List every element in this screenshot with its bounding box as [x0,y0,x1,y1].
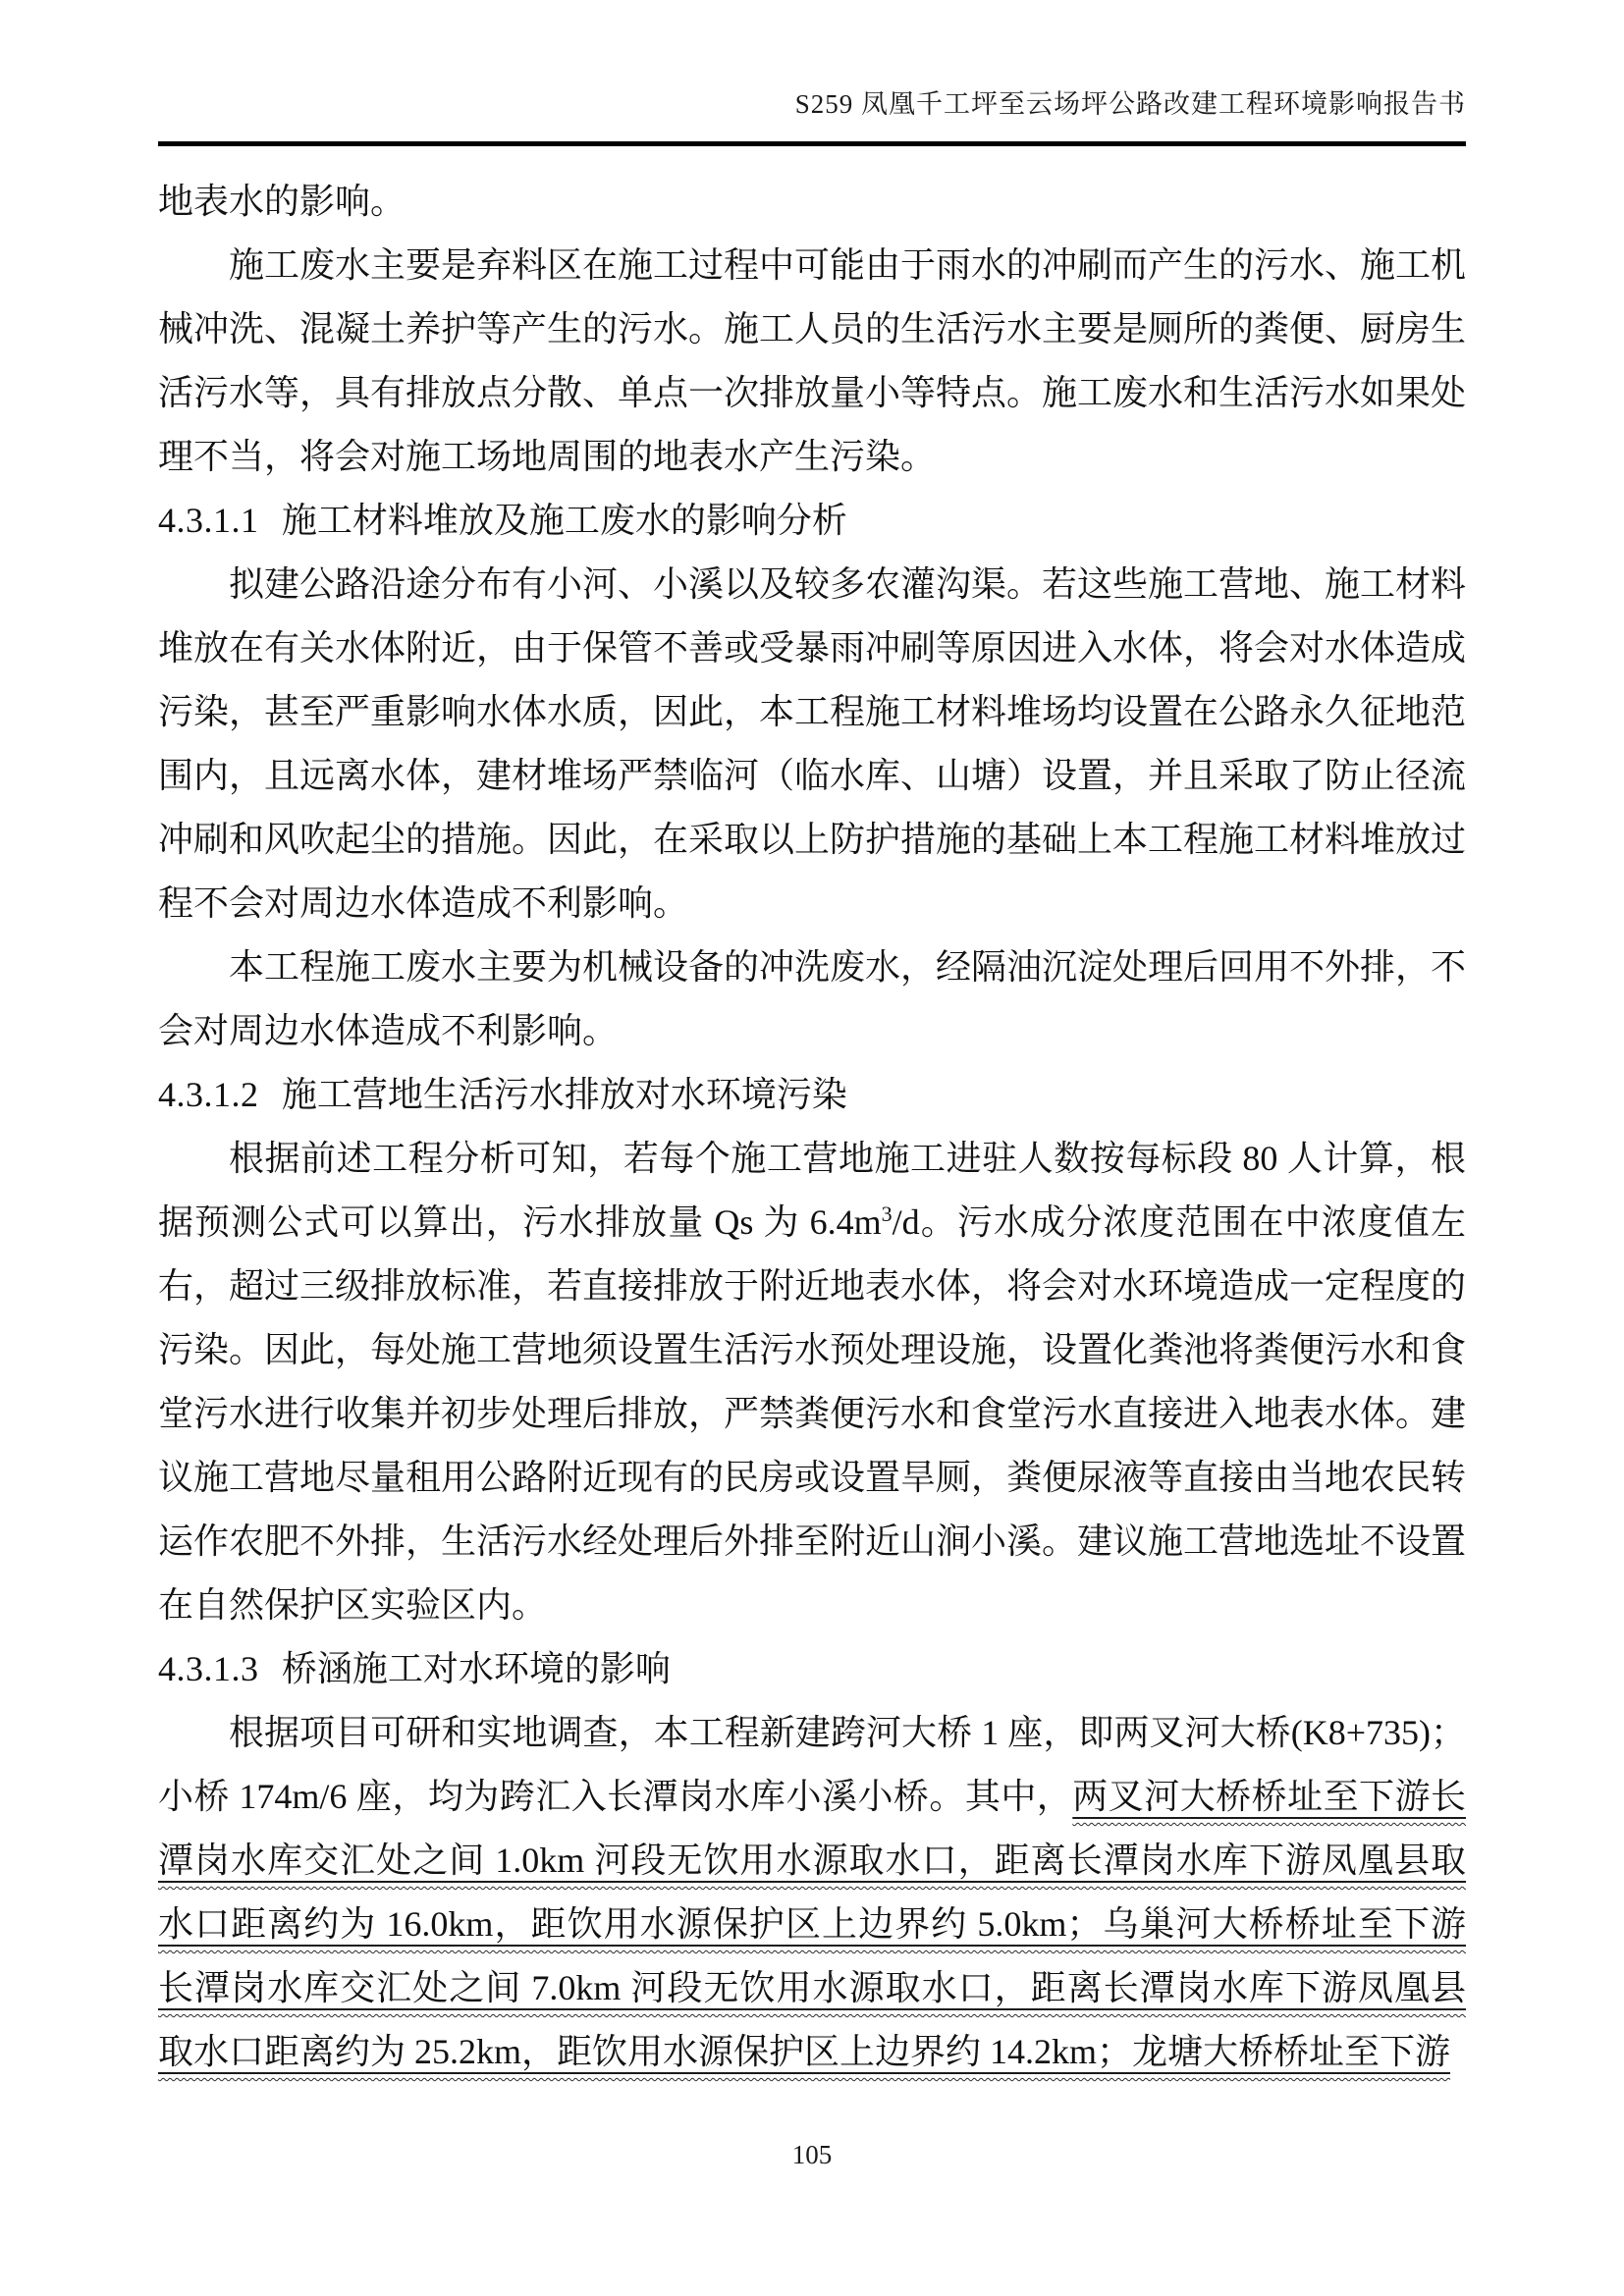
section-title: 施工材料堆放及施工废水的影响分析 [282,501,847,540]
header-rule [158,141,1466,146]
underlined-passage-text: 两叉河大桥桥址至下游长潭岗水库交汇处之间 1.0km 河段无饮用水源取水口，距离… [158,1777,1466,2071]
section-number: 4.3.1.1 [158,501,259,540]
paragraph-camp-sewage: 根据前述工程分析可知，若每个施工营地施工进驻人数按每标段 80 人计算，根据预测… [158,1127,1466,1637]
page-number: 105 [158,2139,1466,2170]
section-heading-4-3-1-1: 4.3.1.1施工材料堆放及施工废水的影响分析 [158,489,1466,553]
section-heading-4-3-1-3: 4.3.1.3桥涵施工对水环境的影响 [158,1637,1466,1701]
page-footer: 105 [158,2139,1466,2170]
section-heading-4-3-1-2: 4.3.1.2施工营地生活污水排放对水环境污染 [158,1063,1466,1127]
document-body: 地表水的影响。 施工废水主要是弃料区在施工过程中可能由于雨水的冲刷而产生的污水、… [158,170,1466,2084]
paragraph-material-stacking: 拟建公路沿途分布有小河、小溪以及较多农灌沟渠。若这些施工营地、施工材料堆放在有关… [158,553,1466,935]
page-header: S259 凤凰千工坪至云场坪公路改建工程环境影响报告书 [158,0,1466,146]
section-title: 桥涵施工对水环境的影响 [282,1649,671,1688]
section-number: 4.3.1.3 [158,1649,259,1688]
underlined-passage: 两叉河大桥桥址至下游长潭岗水库交汇处之间 1.0km 河段无饮用水源取水口，距离… [158,1777,1466,2071]
paragraph-continuation: 地表水的影响。 [158,170,1466,234]
section-title: 施工营地生活污水排放对水环境污染 [282,1075,847,1114]
cubic-meter-superscript: 3 [882,1201,893,1226]
camp-sewage-text-post: /d。污水成分浓度范围在中浓度值左右，超过三级排放标准，若直接排放于附近地表水体… [158,1202,1466,1625]
running-header-title: S259 凤凰千工坪至云场坪公路改建工程环境影响报告书 [158,0,1466,120]
paragraph-bridge-impact: 根据项目可研和实地调查，本工程新建跨河大桥 1 座，即两叉河大桥(K8+735)… [158,1701,1466,2084]
document-page: S259 凤凰千工坪至云场坪公路改建工程环境影响报告书 地表水的影响。 施工废水… [0,0,1624,2296]
paragraph-construction-wastewater: 施工废水主要是弃料区在施工过程中可能由于雨水的冲刷而产生的污水、施工机械冲洗、混… [158,234,1466,489]
section-number: 4.3.1.2 [158,1075,259,1114]
paragraph-machine-washing: 本工程施工废水主要为机械设备的冲洗废水，经隔油沉淀处理后回用不外排，不会对周边水… [158,935,1466,1063]
